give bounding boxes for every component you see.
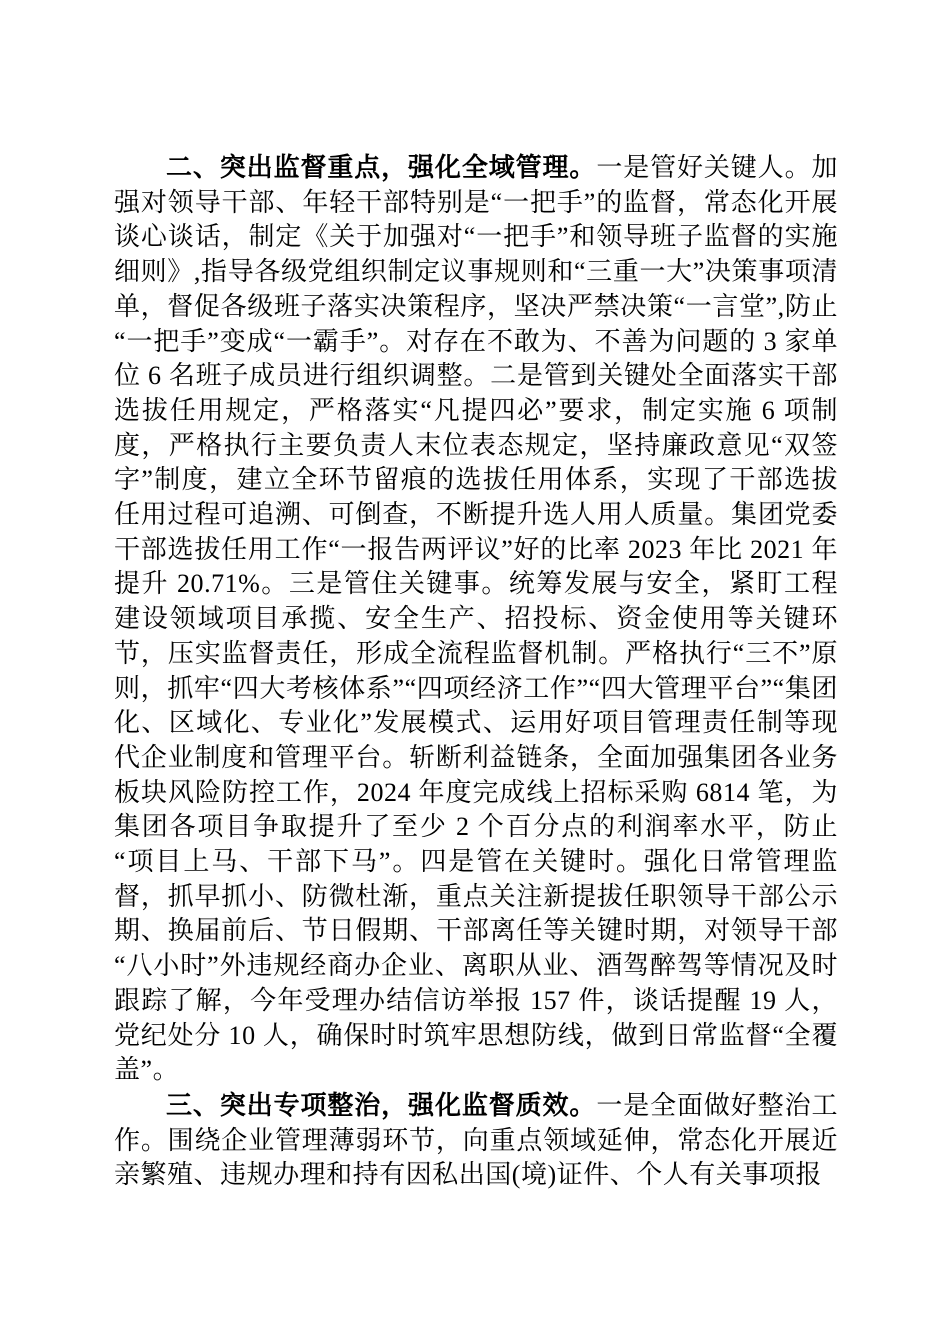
section-2-point-4-lead: 四是管在关键时。 bbox=[420, 847, 644, 876]
section-3-point-1-lead: 一是全面做好整治工 bbox=[596, 1091, 838, 1120]
section-2-point-3-lead: 三是管住关键事。 bbox=[289, 569, 509, 598]
section-3-point-1-body: 作。围绕企业管理薄弱环节，向重点领域延伸，常态化开展近亲繁殖、违规办理和持有因私… bbox=[114, 1126, 838, 1190]
section-2-point-4-body: 强化日常管理监督，抓早抓小、防微杜渐，重点关注新提拔任职领导干部公示期、换届前后… bbox=[114, 847, 838, 1084]
section-3-heading: 三、突出专项整治，强化监督质效。 bbox=[166, 1090, 596, 1120]
document-page: 二、突出监督重点，强化全域管理。一是管好关键人。加强对领导干部、年轻干部特别是“… bbox=[0, 0, 950, 1344]
section-2-point-1-lead: 一是管好关键人。 bbox=[596, 153, 811, 182]
section-2-point-2-lead: 二是管到关键处 bbox=[490, 361, 677, 390]
section-2-point-1-body: 加强对领导干部、年轻干部特别是“一把手”的监督，常态化开展谈心谈话，制定《关于加… bbox=[114, 153, 838, 390]
section-2-point-3-body: 统筹发展与安全，紧盯工程建设领域项目承揽、安全生产、招投标、资金使用等关键环节，… bbox=[114, 569, 838, 876]
document-text-block: 二、突出监督重点，强化全域管理。一是管好关键人。加强对领导干部、年轻干部特别是“… bbox=[114, 150, 838, 1193]
section-2-heading: 二、突出监督重点，强化全域管理。 bbox=[166, 152, 596, 182]
paragraph-section-2: 二、突出监督重点，强化全域管理。一是管好关键人。加强对领导干部、年轻干部特别是“… bbox=[114, 150, 838, 1088]
section-2-point-2-body: 全面落实干部选拔任用规定，严格落实“凡提四必”要求，制定实施 6 项制度，严格执… bbox=[114, 361, 838, 598]
paragraph-section-3: 三、突出专项整治，强化监督质效。一是全面做好整治工作。围绕企业管理薄弱环节，向重… bbox=[114, 1088, 838, 1193]
